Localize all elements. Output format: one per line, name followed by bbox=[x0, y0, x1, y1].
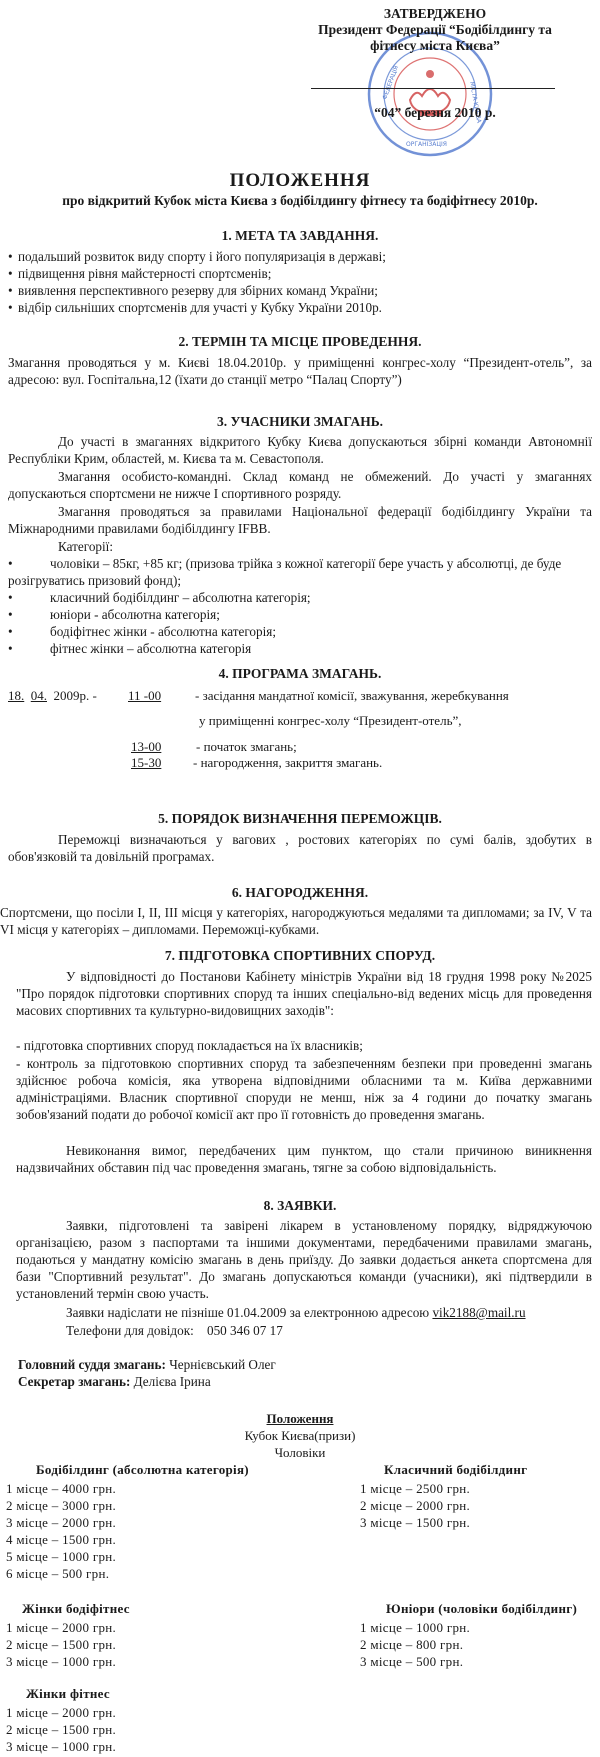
svg-text:ОРГАНІЗАЦІЯ: ОРГАНІЗАЦІЯ bbox=[406, 141, 447, 148]
prize-group-list: 1 місце – 4000 грн. 2 місце – 3000 грн. … bbox=[6, 1480, 116, 1582]
list-item: •бодіфітнес жінки - абсолютна категорія; bbox=[8, 623, 592, 640]
chief-judge: Головний суддя змагань: Чернієвський Оле… bbox=[18, 1357, 276, 1373]
list-item: 1 місце – 2000 грн. bbox=[6, 1619, 116, 1636]
categories-label: Категорії: bbox=[8, 538, 592, 555]
section-8-heading: 8. ЗАЯВКИ. bbox=[0, 1198, 600, 1214]
list-item: 1 місце – 2500 грн. bbox=[360, 1480, 470, 1497]
schedule-time: 13-00 bbox=[131, 739, 161, 755]
list-item: 1 місце – 1000 грн. bbox=[360, 1619, 470, 1636]
secretary: Секретар змагань: Делієва Ірина bbox=[18, 1374, 211, 1390]
section-7-paragraph-1: У відповідності до Постанови Кабінету мі… bbox=[16, 968, 592, 1019]
approval-date: “04” березня 2010 р. bbox=[300, 105, 570, 121]
section-1-heading: 1. МЕТА ТА ЗАВДАННЯ. bbox=[0, 228, 600, 244]
section-6-heading: 6. НАГОРОДЖЕННЯ. bbox=[0, 885, 600, 901]
prize-group-title: Юніори (чоловіки бодібілдинг) bbox=[386, 1601, 577, 1617]
section-5-heading: 5. ПОРЯДОК ВИЗНАЧЕННЯ ПЕРЕМОЖЦІВ. bbox=[0, 811, 600, 827]
section-2-heading: 2. ТЕРМІН ТА МІСЦЕ ПРОВЕДЕННЯ. bbox=[0, 334, 600, 350]
prize-group-list: 1 місце – 2000 грн. 2 місце – 1500 грн. … bbox=[6, 1704, 116, 1755]
prizes-heading: Положення bbox=[0, 1411, 600, 1427]
schedule-date: 18. 04. 2009р. - bbox=[8, 688, 97, 704]
list-item: •відбір сильніших спортсменів для участі… bbox=[8, 299, 592, 316]
section-5-text: Переможці визначаються у вагових , росто… bbox=[8, 831, 592, 865]
list-item: 3 місце – 2000 грн. bbox=[6, 1514, 116, 1531]
list-item: 2 місце – 1500 грн. bbox=[6, 1636, 116, 1653]
document-subtitle: про відкритий Кубок міста Києва з бодібі… bbox=[0, 193, 600, 209]
list-item: 1 місце – 2000 грн. bbox=[6, 1704, 116, 1721]
list-item: 3 місце – 1000 грн. bbox=[6, 1738, 116, 1755]
section-7-heading: 7. ПІДГОТОВКА СПОРТИВНИХ СПОРУД. bbox=[0, 948, 600, 964]
list-item: •підвищення рівня майстерності спортсмен… bbox=[8, 265, 592, 282]
prize-group-list: 1 місце – 2000 грн. 2 місце – 1500 грн. … bbox=[6, 1619, 116, 1670]
section-8-paragraph-1: Заявки, підготовлені та завірені лікарем… bbox=[16, 1217, 592, 1302]
approval-line-2: фітнесу міста Києва” bbox=[300, 38, 570, 54]
schedule-item: - початок змагань; bbox=[196, 739, 297, 755]
section-3-paragraph-2: Змагання особисто-командні. Склад команд… bbox=[8, 468, 592, 502]
schedule-time: 11 -00 bbox=[128, 688, 161, 704]
svg-text:ФЕДЕРАЦІЯ: ФЕДЕРАЦІЯ bbox=[381, 65, 400, 101]
approval-line-1: Президент Федерації “Бодібілдингу та bbox=[300, 22, 570, 38]
section-1-list: •подальший розвиток виду спорту і його п… bbox=[8, 248, 592, 316]
schedule-item: у приміщенні конгрес-холу “Президент-оте… bbox=[199, 713, 462, 729]
list-item: •юніори - абсолютна категорія; bbox=[8, 606, 592, 623]
schedule-item: - засідання мандатної комісії, зважуванн… bbox=[195, 688, 509, 704]
section-2-text: Змагання проводяться у м. Києві 18.04.20… bbox=[8, 354, 592, 388]
list-item: •фітнес жінки – абсолютна категорія bbox=[8, 640, 592, 657]
list-item: •виявлення перспективного резерву для зб… bbox=[8, 282, 592, 299]
section-7-paragraph-2: Невиконання вимог, передбачених цим пунк… bbox=[16, 1142, 592, 1176]
email-link[interactable]: vik2188@mail.ru bbox=[432, 1305, 525, 1320]
document-title: ПОЛОЖЕННЯ bbox=[0, 170, 600, 192]
section-4-heading: 4. ПРОГРАМА ЗМАГАНЬ. bbox=[0, 666, 600, 682]
section-3-paragraph-3: Змагання проводяться за правилами Націон… bbox=[8, 503, 592, 537]
approval-heading: ЗАТВЕРДЖЕНО bbox=[300, 6, 570, 22]
prize-group-list: 1 місце – 2500 грн. 2 місце – 2000 грн. … bbox=[360, 1480, 470, 1531]
list-item: 4 місце – 1500 грн. bbox=[6, 1531, 116, 1548]
approval-block: ЗАТВЕРДЖЕНО Президент Федерації “Бодібіл… bbox=[300, 6, 570, 54]
phone-number: 050 346 07 17 bbox=[207, 1323, 283, 1338]
section-3-paragraph-1: До участі в змаганнях відкритого Кубку К… bbox=[8, 433, 592, 467]
section-6-text: Спортсмени, що посіли І, ІІ, ІІІ місця у… bbox=[0, 904, 592, 938]
list-item: •класичний бодібілдинг – абсолютна катег… bbox=[8, 589, 592, 606]
list-item: 5 місце – 1000 грн. bbox=[6, 1548, 116, 1565]
schedule-time: 15-30 bbox=[131, 755, 161, 771]
section-3-heading: 3. УЧАСНИКИ ЗМАГАНЬ. bbox=[0, 414, 600, 430]
list-item: 3 місце – 1500 грн. bbox=[360, 1514, 470, 1531]
list-item: 2 місце – 800 грн. bbox=[360, 1636, 470, 1653]
prizes-subheading: Кубок Києва(призи) bbox=[0, 1428, 600, 1444]
list-item: •подальший розвиток виду спорту і його п… bbox=[8, 248, 592, 265]
prize-group-title: Класичний бодібілдинг bbox=[384, 1462, 527, 1478]
list-item: 3 місце – 500 грн. bbox=[360, 1653, 470, 1670]
prize-group-title: Жінки бодіфітнес bbox=[22, 1601, 130, 1617]
schedule-item: - нагородження, закриття змагань. bbox=[193, 755, 382, 771]
list-item: •чоловіки – 85кг, +85 кг; (призова трійк… bbox=[8, 555, 592, 589]
phone-info: Телефони для довідок: 050 346 07 17 bbox=[66, 1323, 283, 1339]
prize-group-list: 1 місце – 1000 грн. 2 місце – 800 грн. 3… bbox=[360, 1619, 470, 1670]
list-item: 1 місце – 4000 грн. bbox=[6, 1480, 116, 1497]
prizes-men-label: Чоловіки bbox=[0, 1445, 600, 1461]
applications-deadline: Заявки надіслати не пізніше 01.04.2009 з… bbox=[66, 1305, 526, 1321]
list-item: 3 місце – 1000 грн. bbox=[6, 1653, 116, 1670]
list-item: 2 місце – 1500 грн. bbox=[6, 1721, 116, 1738]
list-item: 2 місце – 2000 грн. bbox=[360, 1497, 470, 1514]
section-7-item-1: - підготовка спортивних споруд покладаєт… bbox=[16, 1037, 592, 1054]
section-7-item-2: - контроль за підготовкою спортивних спо… bbox=[16, 1055, 592, 1123]
prize-group-title: Бодібілдинг (абсолютна категорія) bbox=[36, 1462, 249, 1478]
list-item: 2 місце – 3000 грн. bbox=[6, 1497, 116, 1514]
list-item: 6 місце – 500 грн. bbox=[6, 1565, 116, 1582]
prize-group-title: Жінки фітнес bbox=[26, 1686, 110, 1702]
signature-line bbox=[311, 88, 555, 89]
categories-list: •чоловіки – 85кг, +85 кг; (призова трійк… bbox=[8, 555, 592, 657]
